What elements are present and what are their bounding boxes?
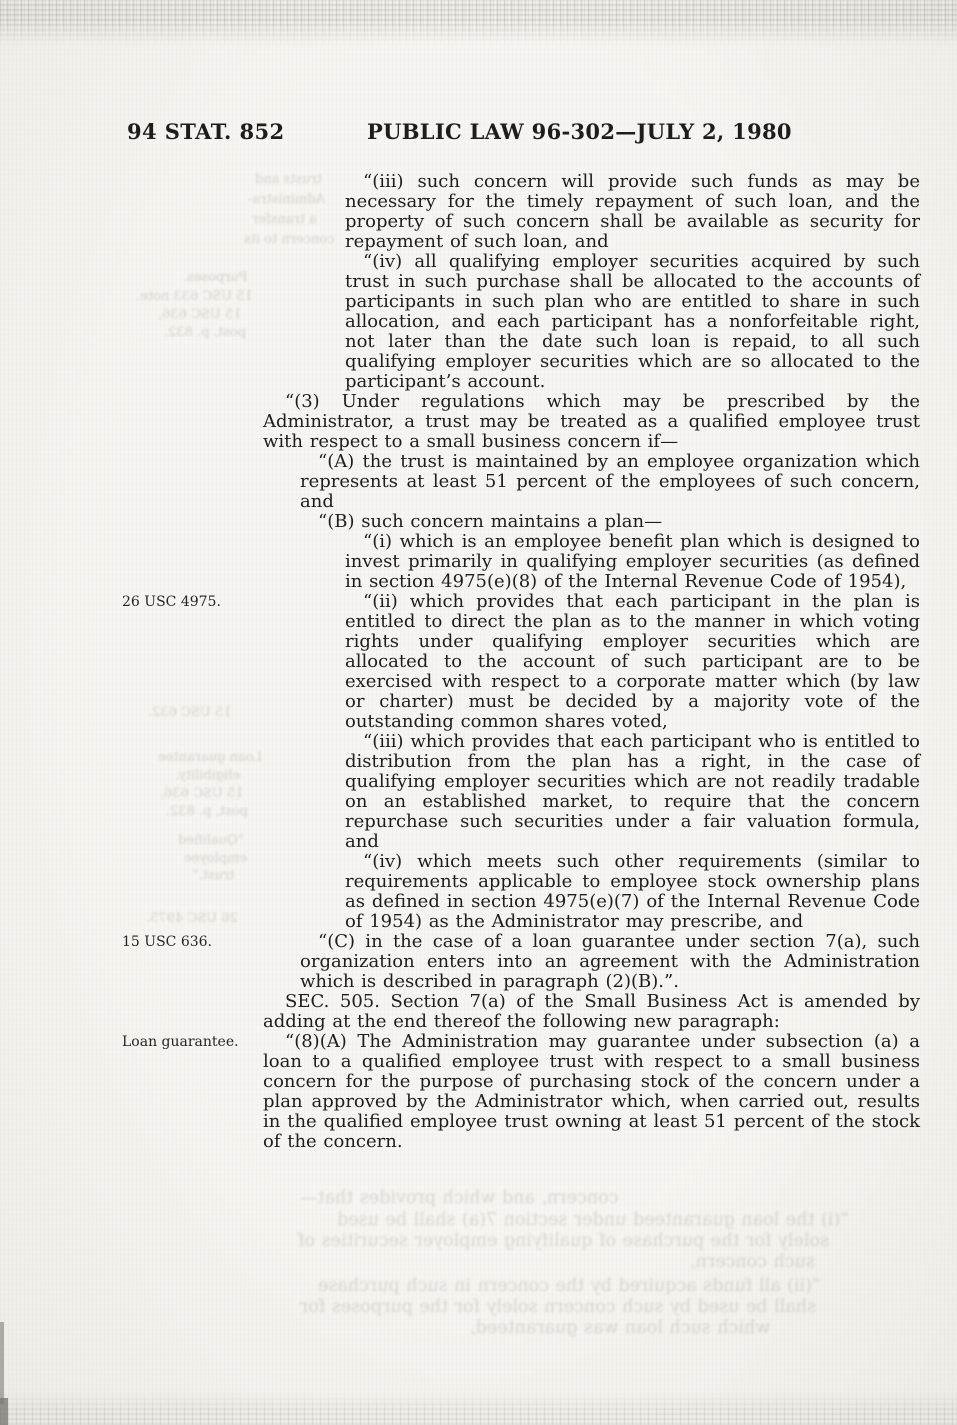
statute-paragraph: “(iii) such concern will provide such fu… [345,172,920,252]
scan-edge-mark [0,1322,4,1404]
margin-note: 26 USC 4975. [122,594,257,611]
scan-noise-top [0,0,957,46]
statute-paragraph: “(ii) which provides that each participa… [345,592,920,732]
bleedthrough-text: which such loan was guaranteed, [470,1318,770,1338]
scan-noise-bottom [0,1391,957,1425]
stat-page-number: 94 STAT. 852 [127,119,285,144]
statute-paragraph: “(B) such concern maintains a plan— [300,512,920,532]
page-header: 94 STAT. 852 PUBLIC LAW 96-302—JULY 2, 1… [0,119,957,149]
statute-body: “(iii) such concern will provide such fu… [0,172,957,1152]
bleedthrough-text: “(i) the loan guaranteed under section 7… [337,1210,849,1230]
statute-paragraph: “(iv) all qualifying employer securities… [345,252,920,392]
statute-paragraph: “(8)(A) The Administration may guarantee… [263,1032,920,1152]
statute-paragraph: SEC. 505. Section 7(a) of the Small Busi… [263,992,920,1032]
bleedthrough-text: solely for the purchase of qualifying em… [298,1231,829,1251]
statute-paragraph: “(i) which is an employee benefit plan w… [345,532,920,592]
bleedthrough-text: such concern, [690,1252,815,1272]
bleedthrough-text: shall be used by such concern solely for… [300,1297,816,1317]
bleedthrough-text: concern, and which provides that— [300,1188,618,1208]
statute-paragraph: “(A) the trust is maintained by an emplo… [300,452,920,512]
scan-edge-mark [0,1398,8,1425]
statute-paragraph: “(iii) which provides that each particip… [345,732,920,852]
bleedthrough-text: “(ii) all funds acquired by the concern … [318,1276,821,1296]
margin-note: Loan guarantee. [122,1034,257,1051]
statute-paragraph: “(C) in the case of a loan guarantee und… [300,932,920,992]
law-title: PUBLIC LAW 96-302—JULY 2, 1980 [367,119,792,144]
statute-paragraph: “(3) Under regulations which may be pres… [263,392,920,452]
page: 94 STAT. 852 PUBLIC LAW 96-302—JULY 2, 1… [0,0,957,1425]
margin-note: 15 USC 636. [122,934,257,951]
statute-paragraph: “(iv) which meets such other requirement… [345,852,920,932]
